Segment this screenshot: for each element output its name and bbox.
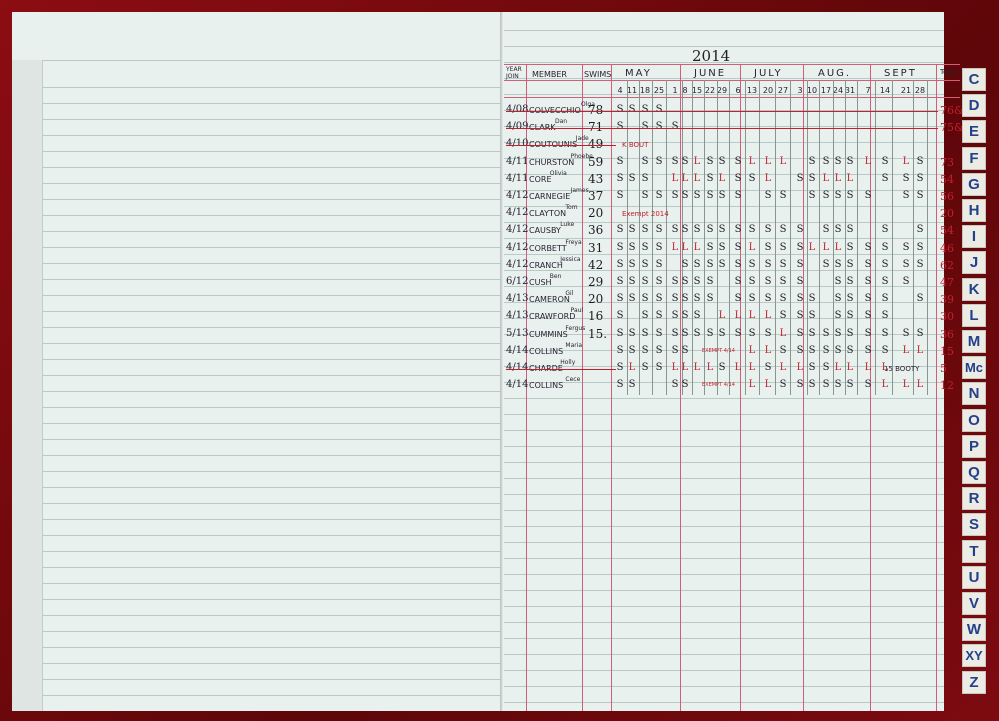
attendance-mark: S <box>625 328 639 339</box>
attendance-mark: S <box>715 190 729 201</box>
attendance-mark: S <box>652 259 666 270</box>
attendance-mark: S <box>761 276 775 287</box>
member-swims: 42 <box>588 258 603 272</box>
attendance-mark: S <box>805 345 819 356</box>
member-first-name: Holly <box>560 359 575 366</box>
attendance-mark: S <box>761 224 775 235</box>
index-tab-q[interactable]: Q <box>962 461 986 484</box>
attendance-mark: S <box>638 173 652 184</box>
attendance-mark: S <box>745 173 759 184</box>
attendance-mark: L <box>805 242 819 253</box>
attendance-mark: L <box>745 362 759 373</box>
row-note: EXEMPT 4/14 <box>702 348 735 354</box>
month-july: JULY <box>754 68 783 79</box>
attendance-mark: S <box>638 293 652 304</box>
index-tab-s[interactable]: S <box>962 513 986 536</box>
attendance-mark: L <box>745 156 759 167</box>
month-sept: SEPT <box>884 68 917 79</box>
attendance-mark: S <box>776 242 790 253</box>
attendance-mark: S <box>731 293 745 304</box>
attendance-mark: L <box>861 156 875 167</box>
column-rule <box>936 64 937 711</box>
attendance-mark: S <box>843 310 857 321</box>
member-first-name: James <box>571 187 589 194</box>
attendance-mark: S <box>843 190 857 201</box>
attendance-mark: L <box>899 379 913 390</box>
index-tab-l[interactable]: L <box>962 304 986 327</box>
attendance-mark: S <box>652 310 666 321</box>
attendance-mark: S <box>899 328 913 339</box>
attendance-mark: S <box>652 276 666 287</box>
attendance-mark: S <box>690 328 704 339</box>
attendance-mark: L <box>776 156 790 167</box>
member-swims: 20 <box>588 292 603 306</box>
member-joined-date: 4/12 <box>506 242 528 253</box>
attendance-mark: L <box>761 156 775 167</box>
attendance-mark: S <box>843 328 857 339</box>
attendance-mark: S <box>638 276 652 287</box>
attendance-mark: L <box>745 379 759 390</box>
index-tab-t[interactable]: T <box>962 540 986 563</box>
attendance-mark: S <box>878 156 892 167</box>
attendance-mark: S <box>731 156 745 167</box>
attendance-mark: S <box>715 328 729 339</box>
left-page <box>12 12 500 711</box>
attendance-mark: S <box>913 156 927 167</box>
member-joined-date: 4/13 <box>506 293 528 304</box>
index-tab-z[interactable]: Z <box>962 671 986 694</box>
attendance-mark: S <box>899 276 913 287</box>
member-joined-date: 4/12 <box>506 224 528 235</box>
attendance-mark: S <box>761 362 775 373</box>
attendance-mark: S <box>899 259 913 270</box>
attendance-mark: S <box>745 276 759 287</box>
attendance-mark: L <box>913 379 927 390</box>
attendance-mark: S <box>805 173 819 184</box>
attendance-mark: L <box>690 156 704 167</box>
attendance-mark: L <box>761 173 775 184</box>
member-total: 30 <box>940 310 954 323</box>
attendance-mark: L <box>861 362 875 373</box>
attendance-mark: S <box>805 362 819 373</box>
attendance-mark: S <box>625 345 639 356</box>
header-total: Total <box>940 68 956 76</box>
attendance-mark: L <box>913 345 927 356</box>
member-first-name: Fergus <box>565 325 585 332</box>
attendance-mark: S <box>690 224 704 235</box>
attendance-mark: S <box>861 293 875 304</box>
attendance-mark: S <box>776 190 790 201</box>
member-joined-date: 4/08 <box>506 104 528 115</box>
attendance-mark: S <box>652 121 666 132</box>
member-total: 47 <box>940 276 954 289</box>
member-total: 62 <box>940 259 954 272</box>
index-tab-u[interactable]: U <box>962 566 986 589</box>
member-joined-date: 5/13 <box>506 328 528 339</box>
member-total: 20 <box>940 207 954 220</box>
member-surname: CRAWFORD <box>529 312 575 321</box>
index-tab-j[interactable]: J <box>962 251 986 274</box>
attendance-mark: S <box>776 379 790 390</box>
attendance-mark: S <box>761 328 775 339</box>
attendance-mark: S <box>805 293 819 304</box>
attendance-mark: S <box>625 293 639 304</box>
attendance-mark: S <box>731 224 745 235</box>
attendance-mark: L <box>843 173 857 184</box>
attendance-mark: S <box>776 293 790 304</box>
member-first-name: Paul <box>571 307 584 314</box>
attendance-mark: S <box>745 224 759 235</box>
attendance-mark: S <box>731 190 745 201</box>
member-joined-date: 4/10 <box>506 138 528 149</box>
attendance-mark: S <box>638 156 652 167</box>
attendance-mark: S <box>652 345 666 356</box>
member-total: 54 <box>940 173 954 186</box>
attendance-mark: S <box>731 328 745 339</box>
attendance-mark: S <box>913 293 927 304</box>
attendance-mark: S <box>899 190 913 201</box>
member-surname: CLAYTON <box>529 209 566 218</box>
attendance-mark: L <box>899 345 913 356</box>
attendance-mark: S <box>690 259 704 270</box>
member-surname: CUMMINS <box>529 330 568 339</box>
member-total: 36 <box>940 328 954 341</box>
attendance-mark: S <box>861 379 875 390</box>
row-note: K BOUT <box>622 141 648 149</box>
member-joined-date: 4/13 <box>506 310 528 321</box>
member-surname: CARNEGIE <box>529 192 570 201</box>
attendance-mark: S <box>899 242 913 253</box>
attendance-mark: S <box>878 276 892 287</box>
row-note: EXEMPT 4/14 <box>702 382 735 388</box>
member-joined-date: 4/12 <box>506 207 528 218</box>
member-first-name: Olivia <box>550 170 567 177</box>
attendance-mark: S <box>913 190 927 201</box>
member-joined-date: 4/14 <box>506 362 528 373</box>
member-joined-date: 4/14 <box>506 345 528 356</box>
register-year: 2014 <box>692 47 730 65</box>
header-member: MEMBER <box>532 70 567 79</box>
attendance-mark: S <box>690 310 704 321</box>
index-tab-g[interactable]: G <box>962 173 986 196</box>
member-surname: CAUSBY <box>529 226 561 235</box>
attendance-mark: S <box>652 242 666 253</box>
attendance-mark: S <box>861 276 875 287</box>
member-total: 46 <box>940 242 954 255</box>
attendance-mark: L <box>745 345 759 356</box>
attendance-mark: S <box>805 156 819 167</box>
attendance-mark: S <box>690 276 704 287</box>
attendance-mark: S <box>745 328 759 339</box>
member-first-name: Cece <box>565 376 580 383</box>
attendance-mark: S <box>715 242 729 253</box>
member-swims: 78 <box>588 103 603 117</box>
member-swims: 37 <box>588 189 603 203</box>
member-joined-date: 4/11 <box>506 156 528 167</box>
member-swims: 71 <box>588 120 603 134</box>
attendance-mark: S <box>843 242 857 253</box>
member-joined-date: 4/14 <box>506 379 528 390</box>
attendance-mark: S <box>731 173 745 184</box>
attendance-mark: S <box>638 190 652 201</box>
member-first-name: Dan <box>555 118 567 125</box>
member-total: 73 <box>940 156 954 169</box>
member-swims: 20 <box>588 206 603 220</box>
index-tab-o[interactable]: O <box>962 409 986 432</box>
attendance-mark: L <box>745 242 759 253</box>
attendance-mark: S <box>913 328 927 339</box>
month-may: MAY <box>625 68 652 79</box>
member-surname: CRANCH <box>529 261 563 270</box>
index-tab-i[interactable]: I <box>962 225 986 248</box>
attendance-mark: S <box>878 224 892 235</box>
member-surname: COLLINS <box>529 381 563 390</box>
member-joined-date: 6/12 <box>506 276 528 287</box>
attendance-mark: S <box>805 310 819 321</box>
index-tab-r[interactable]: R <box>962 487 986 510</box>
attendance-mark: S <box>678 379 692 390</box>
member-swims: 43 <box>588 172 603 186</box>
header-year-joined: YEAR JOIN <box>506 66 524 80</box>
attendance-mark: S <box>878 242 892 253</box>
attendance-mark: S <box>745 293 759 304</box>
attendance-mark: L <box>878 379 892 390</box>
member-first-name: Luke <box>560 221 574 228</box>
attendance-mark: S <box>613 190 627 201</box>
attendance-mark: S <box>861 242 875 253</box>
attendance-mark: L <box>761 345 775 356</box>
attendance-mark: S <box>761 242 775 253</box>
attendance-mark: S <box>652 224 666 235</box>
attendance-mark: L <box>690 242 704 253</box>
member-total: 12 <box>940 379 954 392</box>
attendance-mark: S <box>861 328 875 339</box>
attendance-mark: S <box>715 362 729 373</box>
attendance-mark: S <box>678 345 692 356</box>
index-tab-xy[interactable]: XY <box>962 644 986 667</box>
attendance-mark: S <box>690 190 704 201</box>
attendance-mark: S <box>715 259 729 270</box>
attendance-mark: S <box>776 345 790 356</box>
index-tab-m[interactable]: M <box>962 330 986 353</box>
index-tab-w[interactable]: W <box>962 618 986 641</box>
attendance-mark: L <box>745 310 759 321</box>
attendance-mark: S <box>878 293 892 304</box>
index-tab-f[interactable]: F <box>962 147 986 170</box>
member-surname: CUSH <box>529 278 552 287</box>
attendance-mark: S <box>913 224 927 235</box>
member-surname: CAMERON <box>529 295 570 304</box>
attendance-mark: S <box>638 224 652 235</box>
attendance-mark: S <box>843 276 857 287</box>
attendance-mark: S <box>861 190 875 201</box>
member-total: 56 <box>940 190 954 203</box>
attendance-mark: S <box>625 224 639 235</box>
member-first-name: Maria <box>565 342 582 349</box>
member-total: 15 <box>940 345 954 358</box>
attendance-mark: S <box>899 173 913 184</box>
member-first-name: Jessica <box>560 256 580 263</box>
attendance-mark: L <box>690 362 704 373</box>
row-note: 15 BOOTY <box>884 365 919 373</box>
index-tab-mc[interactable]: Mc <box>962 356 986 379</box>
attendance-mark: S <box>638 310 652 321</box>
attendance-mark: L <box>715 173 729 184</box>
member-swims: 15. <box>588 327 607 341</box>
attendance-mark: S <box>878 345 892 356</box>
row-note: Exempt 2014 <box>622 210 669 218</box>
attendance-mark: S <box>761 293 775 304</box>
member-first-name: Gil <box>565 290 573 297</box>
attendance-mark: S <box>843 259 857 270</box>
month-june: JUNE <box>694 68 726 79</box>
index-tab-p[interactable]: P <box>962 435 986 458</box>
attendance-mark: S <box>731 259 745 270</box>
strike-through <box>506 145 616 146</box>
attendance-mark: S <box>652 328 666 339</box>
member-surname: CORE <box>529 175 552 184</box>
attendance-mark: L <box>843 362 857 373</box>
index-tab-n[interactable]: N <box>962 382 986 405</box>
attendance-mark: S <box>652 190 666 201</box>
strike-through <box>506 369 616 370</box>
attendance-mark: S <box>690 293 704 304</box>
attendance-mark: S <box>638 345 652 356</box>
attendance-mark: S <box>843 224 857 235</box>
attendance-mark: S <box>652 156 666 167</box>
member-total: 54 <box>940 224 954 237</box>
strike-through <box>506 128 938 129</box>
attendance-mark: S <box>843 379 857 390</box>
left-page-header-margin <box>12 12 500 60</box>
attendance-mark: S <box>793 224 807 235</box>
attendance-mark: S <box>776 276 790 287</box>
index-tab-d[interactable]: D <box>962 94 986 117</box>
attendance-mark: S <box>625 276 639 287</box>
member-first-name: Freya <box>565 239 581 246</box>
attendance-mark: S <box>638 242 652 253</box>
member-swims: 49 <box>588 137 603 151</box>
index-tab-k[interactable]: K <box>962 278 986 301</box>
attendance-mark: S <box>793 259 807 270</box>
attendance-mark: S <box>761 259 775 270</box>
attendance-mark: S <box>761 190 775 201</box>
attendance-mark: L <box>625 362 639 373</box>
index-tab-v[interactable]: V <box>962 592 986 615</box>
attendance-mark: L <box>776 362 790 373</box>
attendance-mark: S <box>652 104 666 115</box>
member-swims: 31 <box>588 241 603 255</box>
attendance-mark: S <box>613 156 627 167</box>
attendance-mark: S <box>731 242 745 253</box>
attendance-mark: S <box>625 104 639 115</box>
member-surname: CORBETT <box>529 244 567 253</box>
attendance-mark: S <box>878 328 892 339</box>
column-rule <box>582 64 583 711</box>
attendance-mark: S <box>625 173 639 184</box>
attendance-mark: S <box>638 259 652 270</box>
attendance-mark: S <box>878 310 892 321</box>
attendance-mark: S <box>638 328 652 339</box>
index-tab-c[interactable]: C <box>962 68 986 91</box>
attendance-mark: S <box>913 173 927 184</box>
attendance-mark: S <box>861 345 875 356</box>
column-rule <box>611 64 612 711</box>
attendance-mark: S <box>843 156 857 167</box>
attendance-mark: L <box>731 362 745 373</box>
attendance-mark: S <box>913 242 927 253</box>
member-swims: 16 <box>588 309 603 323</box>
attendance-mark: S <box>715 156 729 167</box>
attendance-mark: L <box>731 310 745 321</box>
attendance-mark: S <box>625 259 639 270</box>
torn-page-stubs <box>12 60 43 711</box>
attendance-mark: S <box>613 310 627 321</box>
attendance-mark: S <box>638 121 652 132</box>
attendance-mark: L <box>690 173 704 184</box>
attendance-mark: S <box>776 259 790 270</box>
attendance-mark: L <box>715 310 729 321</box>
attendance-mark: S <box>805 328 819 339</box>
attendance-mark: S <box>638 104 652 115</box>
header-rule-top <box>504 64 960 65</box>
member-swims: 29 <box>588 275 603 289</box>
attendance-mark: S <box>878 173 892 184</box>
attendance-mark: S <box>703 276 717 287</box>
attendance-mark: S <box>776 224 790 235</box>
member-swims: 36 <box>588 223 603 237</box>
attendance-mark: S <box>913 259 927 270</box>
attendance-mark: S <box>652 293 666 304</box>
attendance-mark: L <box>761 379 775 390</box>
attendance-mark: S <box>805 379 819 390</box>
index-tab-e[interactable]: E <box>962 120 986 143</box>
attendance-mark: S <box>638 362 652 373</box>
member-first-name: Jade <box>576 135 589 142</box>
member-first-name: Tom <box>565 204 577 211</box>
attendance-mark: L <box>776 328 790 339</box>
member-surname: CHURSTON <box>529 158 574 167</box>
attendance-mark: S <box>843 293 857 304</box>
member-surname: COLLINS <box>529 347 563 356</box>
attendance-mark: L <box>899 156 913 167</box>
attendance-mark: S <box>878 259 892 270</box>
member-joined-date: 4/12 <box>506 190 528 201</box>
attendance-mark: S <box>625 379 639 390</box>
member-first-name: Ben <box>550 273 562 280</box>
member-total: 39 <box>940 293 954 306</box>
attendance-mark: S <box>793 276 807 287</box>
attendance-mark: S <box>861 259 875 270</box>
member-joined-date: 4/11 <box>506 173 528 184</box>
attendance-mark: S <box>703 293 717 304</box>
header-swims: SWIMS <box>584 70 611 79</box>
index-tab-h[interactable]: H <box>962 199 986 222</box>
attendance-mark: S <box>731 276 745 287</box>
attendance-mark: S <box>843 345 857 356</box>
attendance-mark: S <box>613 121 627 132</box>
member-swims: 59 <box>588 155 603 169</box>
attendance-mark: S <box>652 362 666 373</box>
attendance-mark: S <box>745 259 759 270</box>
attendance-mark: S <box>776 310 790 321</box>
member-joined-date: 4/09 <box>506 121 528 132</box>
attendance-mark: S <box>715 224 729 235</box>
attendance-mark: S <box>668 121 682 132</box>
member-total: 5 <box>940 362 947 375</box>
strike-through <box>506 111 938 112</box>
month-aug: AUG. <box>818 68 851 79</box>
